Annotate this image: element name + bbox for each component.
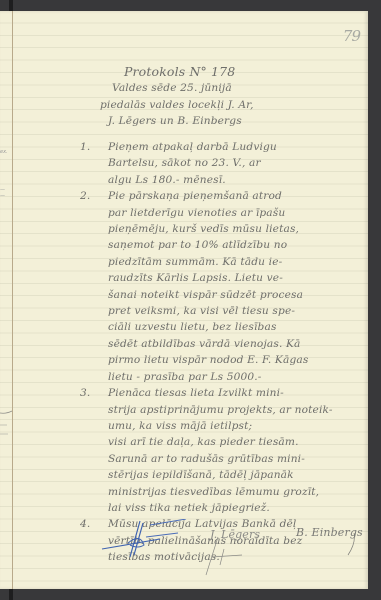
item-line: stērijas iepildīšanā, tādēļ jāpanāk [108,467,360,483]
protocol-items: 1. Pieņem atpakaļ darbā Ludvigu Bartelsu… [80,139,360,566]
item-number: 2. [80,188,104,204]
margin-mark-icon [0,409,14,415]
meeting-date: Valdes sēde 25. jūnijā [96,80,254,96]
item-line: Pie pārskaņa pieņemšanā atrod [108,188,360,204]
protocol-title: Protokols N° 178 [96,64,254,80]
document-page: ex. — — 79 Protokols N° 178 Valdes sēde … [0,11,368,589]
item-line: pieņēmēju, kurš vedīs mūsu lietas, [108,221,360,237]
signature-flourish-icon [204,535,244,579]
protocol-item-3: 3. Pienāca tiesas lieta Izvilkt mini- st… [80,385,360,516]
item-line: saņemot par to 10% atlīdzību no [108,237,360,253]
protocol-item-2: 2. Pie pārskaņa pieņemšanā atrod par lie… [80,188,360,385]
attendees-line-2: J. Lēgers un B. Einbergs [96,113,254,129]
protocol-header: Protokols N° 178 Valdes sēde 25. jūnijā … [96,64,254,130]
item-line: lai viss tika netiek jāpiegriež. [108,500,360,516]
item-line: ministrijas tiesvedības lēmumu grozīt, [108,484,360,500]
protocol-item-1: 1. Pieņem atpakaļ darbā Ludvigu Bartelsu… [80,139,360,188]
folio-number: 79 [343,27,360,45]
item-line: lietu - prasība par Ls 5000.- [108,369,360,385]
item-line: par lietderīgu vienoties ar īpašu [108,205,360,221]
item-line: Sarunā ar to radušās grūtības mini- [108,451,360,467]
attendees-line-1: piedalās valdes locekļi J. Ar, [96,97,254,113]
margin-rule [12,11,13,589]
item-line: umu, ka viss mājā ietilpst; [108,418,360,434]
item-line: visi arī tie daļa, kas pieder tiesām. [108,434,360,450]
scan-background: ex. — — 79 Protokols N° 178 Valdes sēde … [0,0,381,600]
margin-mark-icon [0,423,10,437]
item-line: šanai noteikt vispār sūdzēt procesa [108,287,360,303]
binding-edge-bottom [9,589,13,600]
margin-note: — [0,193,5,199]
binding-edge [9,0,13,11]
item-number: 1. [80,139,104,155]
margin-note: ex. [0,149,8,155]
item-line: Pienāca tiesas lieta Izvilkt mini- [108,385,360,401]
item-number: 3. [80,385,104,401]
item-line: piedzītām summām. Kā tādu ie- [108,254,360,270]
item-line: raudzīts Kārlis Lapsis. Lietu ve- [108,270,360,286]
item-line: algu Ls 180.- mēnesī. [108,172,360,188]
signature-tail-icon [346,533,360,557]
item-line: ciāli uzvestu lietu, bez liesības [108,319,360,335]
item-line: pret veiksmi, ka visi vēl tiesu spe- [108,303,360,319]
item-line: sēdēt atbildības vārdā vienojas. Kā [108,336,360,352]
item-line: pirmo lietu vispār nodod E. F. Kāgas [108,352,360,368]
signature-blue-ink-icon [100,519,190,569]
signature-block: J. Lēgers B. Einbergs [100,519,370,579]
item-line: strija apstiprinājumu projekts, ar notei… [108,402,360,418]
item-line: Pieņem atpakaļ darbā Ludvigu [108,139,360,155]
item-line: Bartelsu, sākot no 23. V., ar [108,155,360,171]
